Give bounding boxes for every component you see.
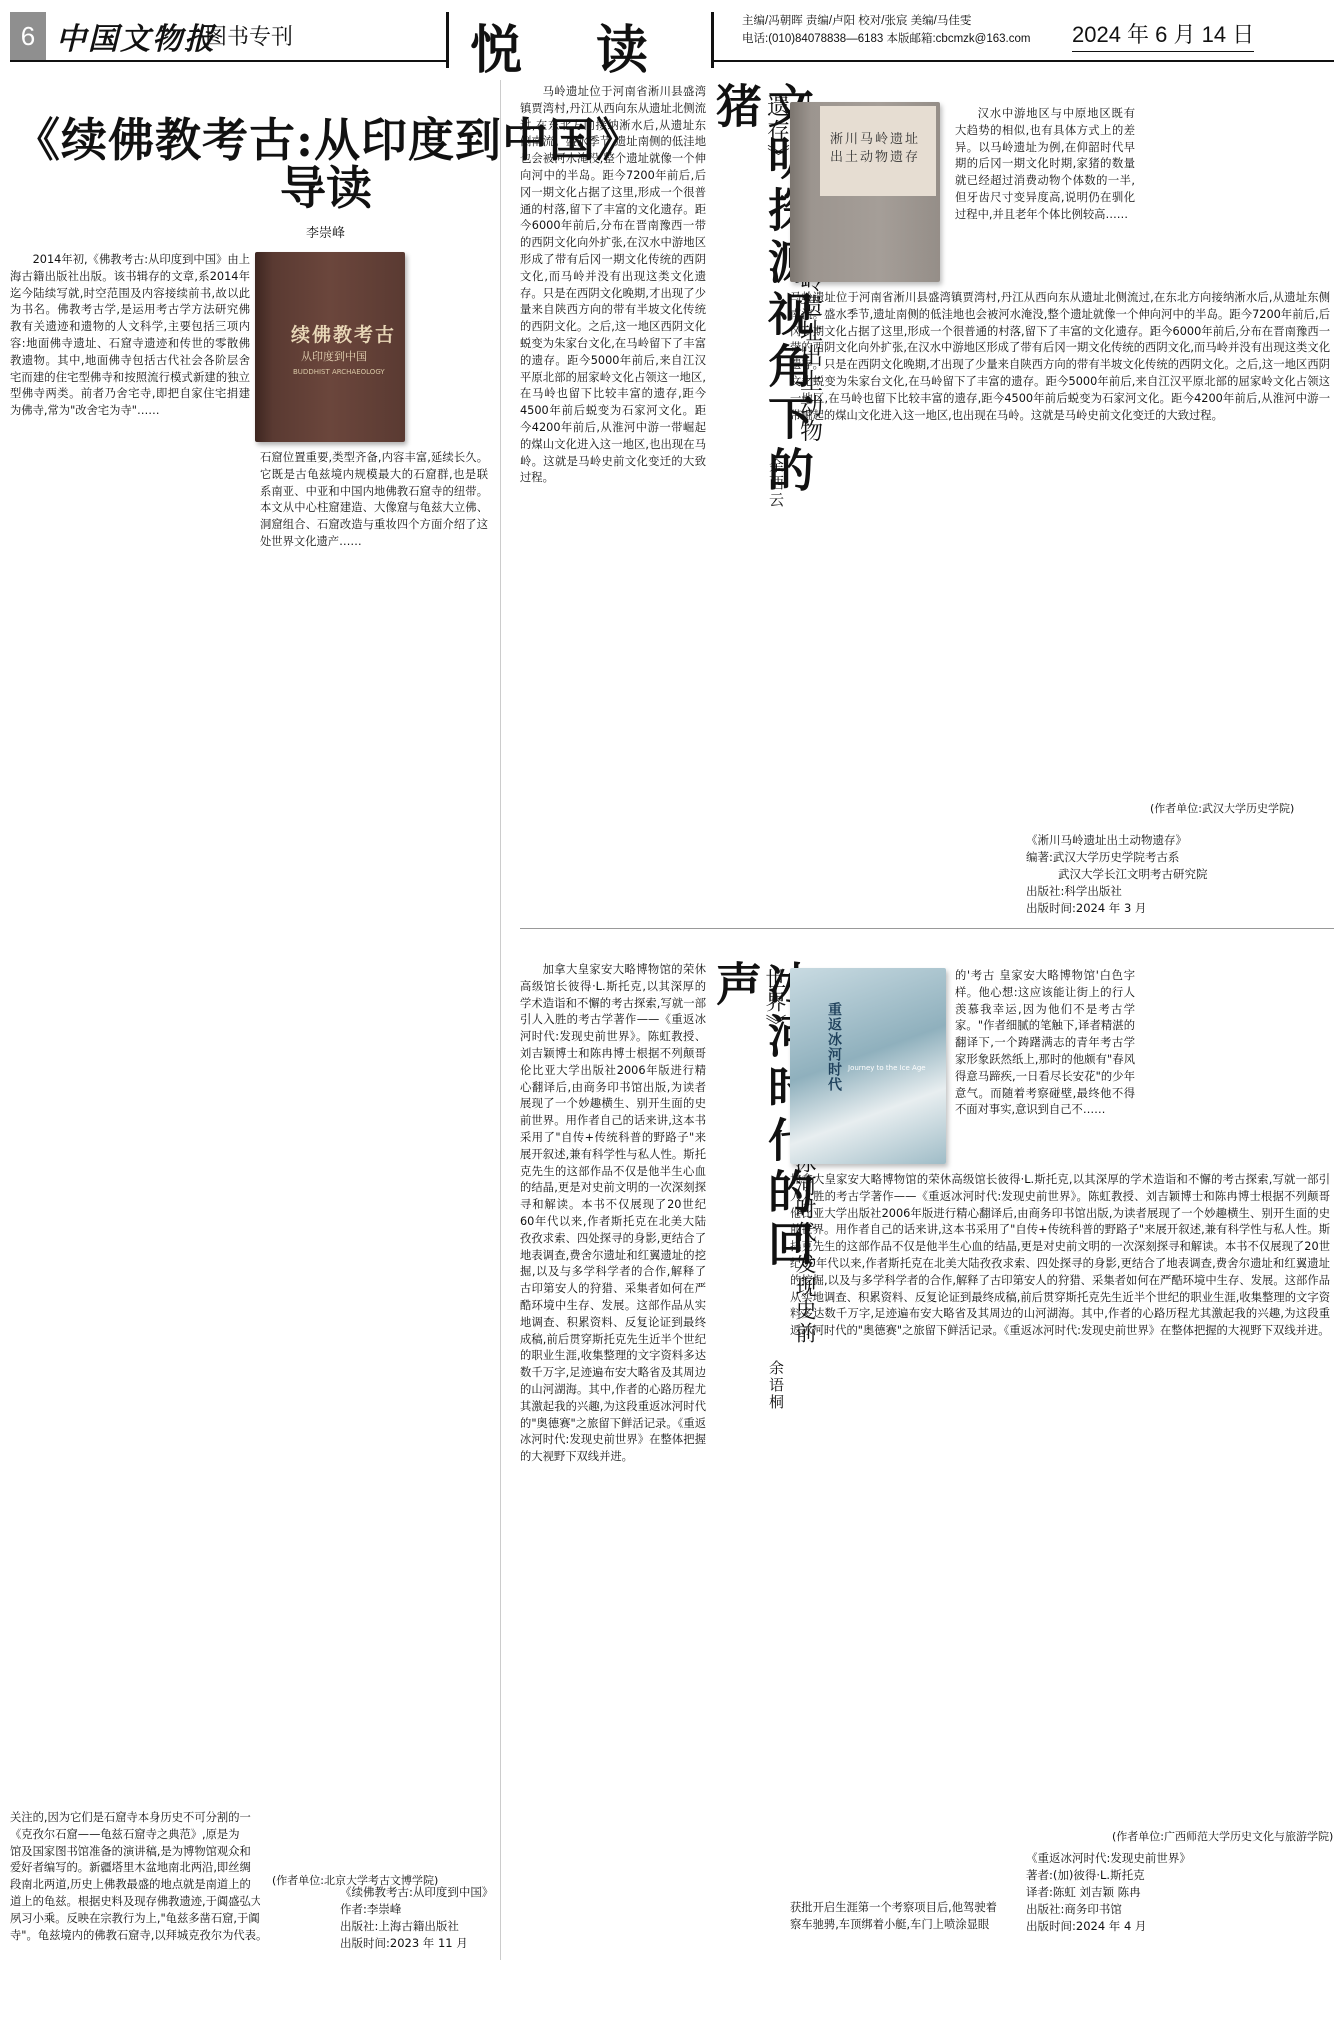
article3-col2: 的'考古 皇家安大略博物馆'白色字样。他心想:这应该能让街上的行人羡慕我幸运,因…: [955, 968, 1135, 1168]
text-line: 关注的,因为它们是石窟寺本身历史不可分割的一: [10, 1810, 260, 1827]
article2-book-title-2: 出土动物遗存: [830, 146, 920, 165]
article1-book-subtitle: 从印度到中国: [301, 348, 367, 364]
book-info-publisher: 出版社:上海古籍出版社: [340, 1918, 493, 1935]
book-info-publisher: 出版社:科学出版社: [1026, 883, 1208, 900]
article3-book-info: 《重返冰河时代:发现史前世界》 著者:(加)彼得·L.斯托克 译者:陈虹 刘吉颖…: [1026, 1850, 1191, 1935]
masthead-subtitle: ·图书专刊: [198, 20, 293, 51]
article-separator: [520, 928, 1334, 929]
article2-book-cover: 淅川马岭遗址 出土动物遗存: [790, 102, 940, 282]
book-info-editor: 编著:武汉大学历史学院考古系: [1026, 849, 1208, 866]
article1-title-line2: 导读: [280, 152, 372, 218]
text-line: 获批开启生涯第一个考察项目后,他驾驶着: [790, 1900, 1020, 1917]
book-info-title: 《重返冰河时代:发现史前世界》: [1026, 1850, 1191, 1867]
article1-book-info: 《续佛教考古:从印度到中国》 作者:李崇峰 出版社:上海古籍出版社 出版时间:2…: [340, 1884, 493, 1952]
article3-col3: 加拿大皇家安大略博物馆的荣休高级馆长彼得·L.斯托克,以其深厚的学术造诣和不懈的…: [790, 1172, 1330, 1812]
header-rule-left: [10, 60, 446, 62]
text-line: 《克孜尔石窟——龟兹石窟寺之典范》,原是为: [10, 1827, 260, 1844]
book-info-date: 出版时间:2023 年 11 月: [340, 1935, 493, 1952]
book-info-date: 出版时间:2024 年 4 月: [1026, 1918, 1191, 1935]
book-info-editor2: 武汉大学长江文明考古研究院: [1026, 866, 1208, 883]
book-info-author: 作者:李崇峰: [340, 1901, 493, 1918]
article1-author: 李崇峰: [306, 222, 345, 241]
article3-col-tail: 获批开启生涯第一个考察项目后,他驾驶着 察车驰骋,车顶绑着小艇,车门上喷涂显眼: [790, 1900, 1020, 1940]
article3-book-cover: 重返冰河时代 Journey to the Ice Age: [790, 968, 946, 1164]
credits-editors: 主编/冯朝晖 责编/卢阳 校对/张宸 美编/马佳雯: [742, 12, 1030, 30]
article3-book-english: Journey to the Ice Age: [848, 1064, 926, 1072]
section-title-char-1: 悦: [470, 8, 522, 83]
text-line: 夙习小乘。反映在宗教行为上,"龟兹多凿石窟,于阗盛建塔: [10, 1911, 260, 1928]
editorial-credits: 主编/冯朝晖 责编/卢阳 校对/张宸 美编/马佳雯 电话:(010)840788…: [742, 12, 1030, 48]
text-line: 察车驰骋,车顶绑着小艇,车门上喷涂显眼: [790, 1917, 1020, 1934]
column-separator: [500, 80, 501, 1960]
text-line: 道上的龟兹。根据史料及现存佛教遗迹,于阗盛弘大乘,龟兹: [10, 1894, 260, 1911]
article2-col1: 马岭遗址位于河南省淅川县盛湾镇贾湾村,丹江从西向东从遗址北侧流过,在东北方向接纳…: [520, 84, 706, 924]
article1-book-english: BUDDHIST ARCHAEOLOGY: [293, 368, 385, 376]
article1-book-cover: 续佛教考古 从印度到中国 BUDDHIST ARCHAEOLOGY: [255, 252, 405, 442]
section-title-char-2: 读: [596, 8, 648, 83]
article2-book-title-1: 淅川马岭遗址: [830, 128, 920, 147]
header-rule-right: [714, 60, 1334, 62]
book-info-title: 《续佛教考古:从印度到中国》: [340, 1884, 493, 1901]
article3-author: 余语桐: [766, 1360, 787, 1411]
page-number: 6: [10, 12, 46, 60]
article2-book-info: 《淅川马岭遗址出土动物遗存》 编著:武汉大学历史学院考古系 武汉大学长江文明考古…: [1026, 832, 1208, 917]
header-divider-left: [446, 12, 449, 68]
article1-book-title: 续佛教考古: [291, 320, 396, 347]
article3-affiliation: (作者单位:广西师范大学历史文化与旅游学院): [1112, 1828, 1333, 1845]
article3-book-title: 重返冰河时代: [824, 1002, 844, 1092]
issue-date: 2024 年 6 月 14 日: [1072, 18, 1254, 52]
book-info-title: 《淅川马岭遗址出土动物遗存》: [1026, 832, 1208, 849]
article2-affiliation: (作者单位:武汉大学历史学院): [1150, 800, 1294, 817]
article1-col2: 石窟位置重要,类型齐备,内容丰富,延续长久。它既是古龟兹境内规模最大的石窟群,也…: [260, 450, 488, 1920]
article2-author: 余西云: [766, 458, 787, 509]
article3-col1: 加拿大皇家安大略博物馆的荣休高级馆长彼得·L.斯托克,以其深厚的学术造诣和不懈的…: [520, 962, 706, 1892]
book-info-translator: 译者:陈虹 刘吉颖 陈冉: [1026, 1884, 1191, 1901]
text-line: 爱好者编写的。新疆塔里木盆地南北两沿,即丝绸: [10, 1860, 260, 1877]
article2-col3: 马岭遗址位于河南省淅川县盛湾镇贾湾村,丹江从西向东从遗址北侧流过,在东北方向接纳…: [790, 290, 1330, 810]
article1-col1-tail: 关注的,因为它们是石窟寺本身历史不可分割的一 《克孜尔石窟——龟兹石窟寺之典范》…: [10, 1810, 260, 1950]
masthead-logo: 中国文物报: [56, 14, 216, 58]
article1-col1: 2014年初,《佛教考古:从印度到中国》由上海古籍出版社出版。该书辑存的文章,系…: [10, 252, 250, 1882]
text-line: 馆及国家图书馆准备的演讲稿,是为博物馆观众和: [10, 1844, 260, 1861]
text-line: 寺"。龟兹境内的佛教石窟寺,以拜城克孜尔为代表。克孜尔: [10, 1928, 260, 1945]
book-info-publisher: 出版社:商务印书馆: [1026, 1901, 1191, 1918]
text-line: 段南北两道,历史上佛教最盛的地点就是南道上的: [10, 1877, 260, 1894]
book-info-author: 著者:(加)彼得·L.斯托克: [1026, 1867, 1191, 1884]
credits-contact: 电话:(010)84078838—6183 本版邮箱:cbcmzk@163.co…: [742, 30, 1030, 48]
book-info-date: 出版时间:2024 年 3 月: [1026, 900, 1208, 917]
